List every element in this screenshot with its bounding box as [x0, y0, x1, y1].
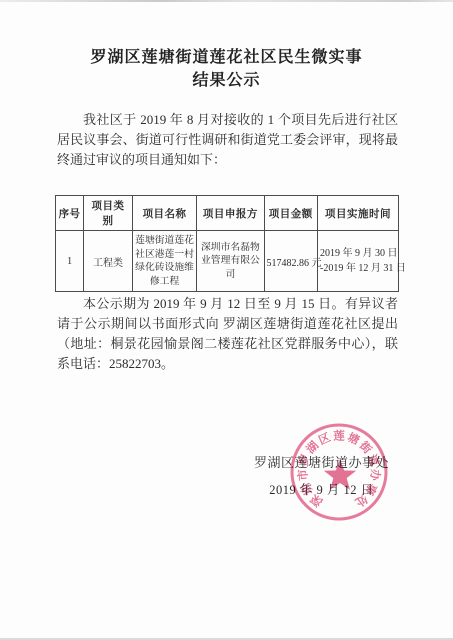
signature-organization: 罗湖区莲塘街道办事处	[254, 452, 389, 471]
title-line-1: 罗湖区莲塘街道莲花社区民生微实事	[0, 46, 453, 69]
header-no: 序号	[56, 196, 84, 231]
scan-artifact-top	[0, 0, 453, 2]
svg-text:莲: 莲	[333, 429, 345, 443]
page-title: 罗湖区莲塘街道莲花社区民生微实事 结果公示	[0, 46, 453, 92]
table-header-row: 序号 项目类别 项目名称 项目申报方 项目金额 项目实施时间	[56, 196, 399, 231]
document-page: 罗湖区莲塘街道莲花社区民生微实事 结果公示 我社区于 2019 年 8 月对接收…	[0, 0, 453, 640]
header-applicant: 项目申报方	[197, 196, 264, 231]
cell-time: 2019 年 9 月 30 日 -2019 年 12 月 31 日	[318, 231, 399, 292]
header-name: 项目名称	[132, 196, 196, 231]
cell-time-line2: -2019 年 12 月 31 日	[320, 261, 396, 276]
table-row: 1 工程类 莲塘街道莲花社区港莲一村绿化砖设施维修工程 深圳市名磊物业管理有限公…	[56, 231, 399, 292]
notice-paragraph: 本公示期为 2019 年 9 月 12 日至 9 月 15 日。有异议者请于公示…	[57, 294, 398, 374]
project-result-table: 序号 项目类别 项目名称 项目申报方 项目金额 项目实施时间 1 工程类 莲塘街…	[55, 195, 399, 292]
svg-text:区: 区	[316, 430, 333, 448]
header-time: 项目实施时间	[318, 196, 399, 231]
cell-no: 1	[56, 231, 84, 292]
cell-time-line1: 2019 年 9 月 30 日	[320, 246, 396, 261]
cell-project-name: 莲塘街道莲花社区港莲一村绿化砖设施维修工程	[132, 231, 196, 292]
cell-applicant: 深圳市名磊物业管理有限公司	[197, 231, 264, 292]
header-amount: 项目金额	[264, 196, 318, 231]
signature-block: 罗湖区莲塘街道办事处 2019 年 9 月 12 日	[254, 452, 389, 498]
cell-amount: 517482.86 元	[264, 231, 318, 292]
title-line-2: 结果公示	[0, 69, 453, 92]
cell-category: 工程类	[84, 231, 133, 292]
header-category: 项目类别	[84, 196, 133, 231]
signature-date: 2019 年 9 月 12 日	[254, 480, 389, 498]
intro-paragraph: 我社区于 2019 年 8 月对接收的 1 个项目先后进行社区居民议事会、街道可…	[57, 110, 398, 170]
svg-text:塘: 塘	[346, 430, 363, 448]
